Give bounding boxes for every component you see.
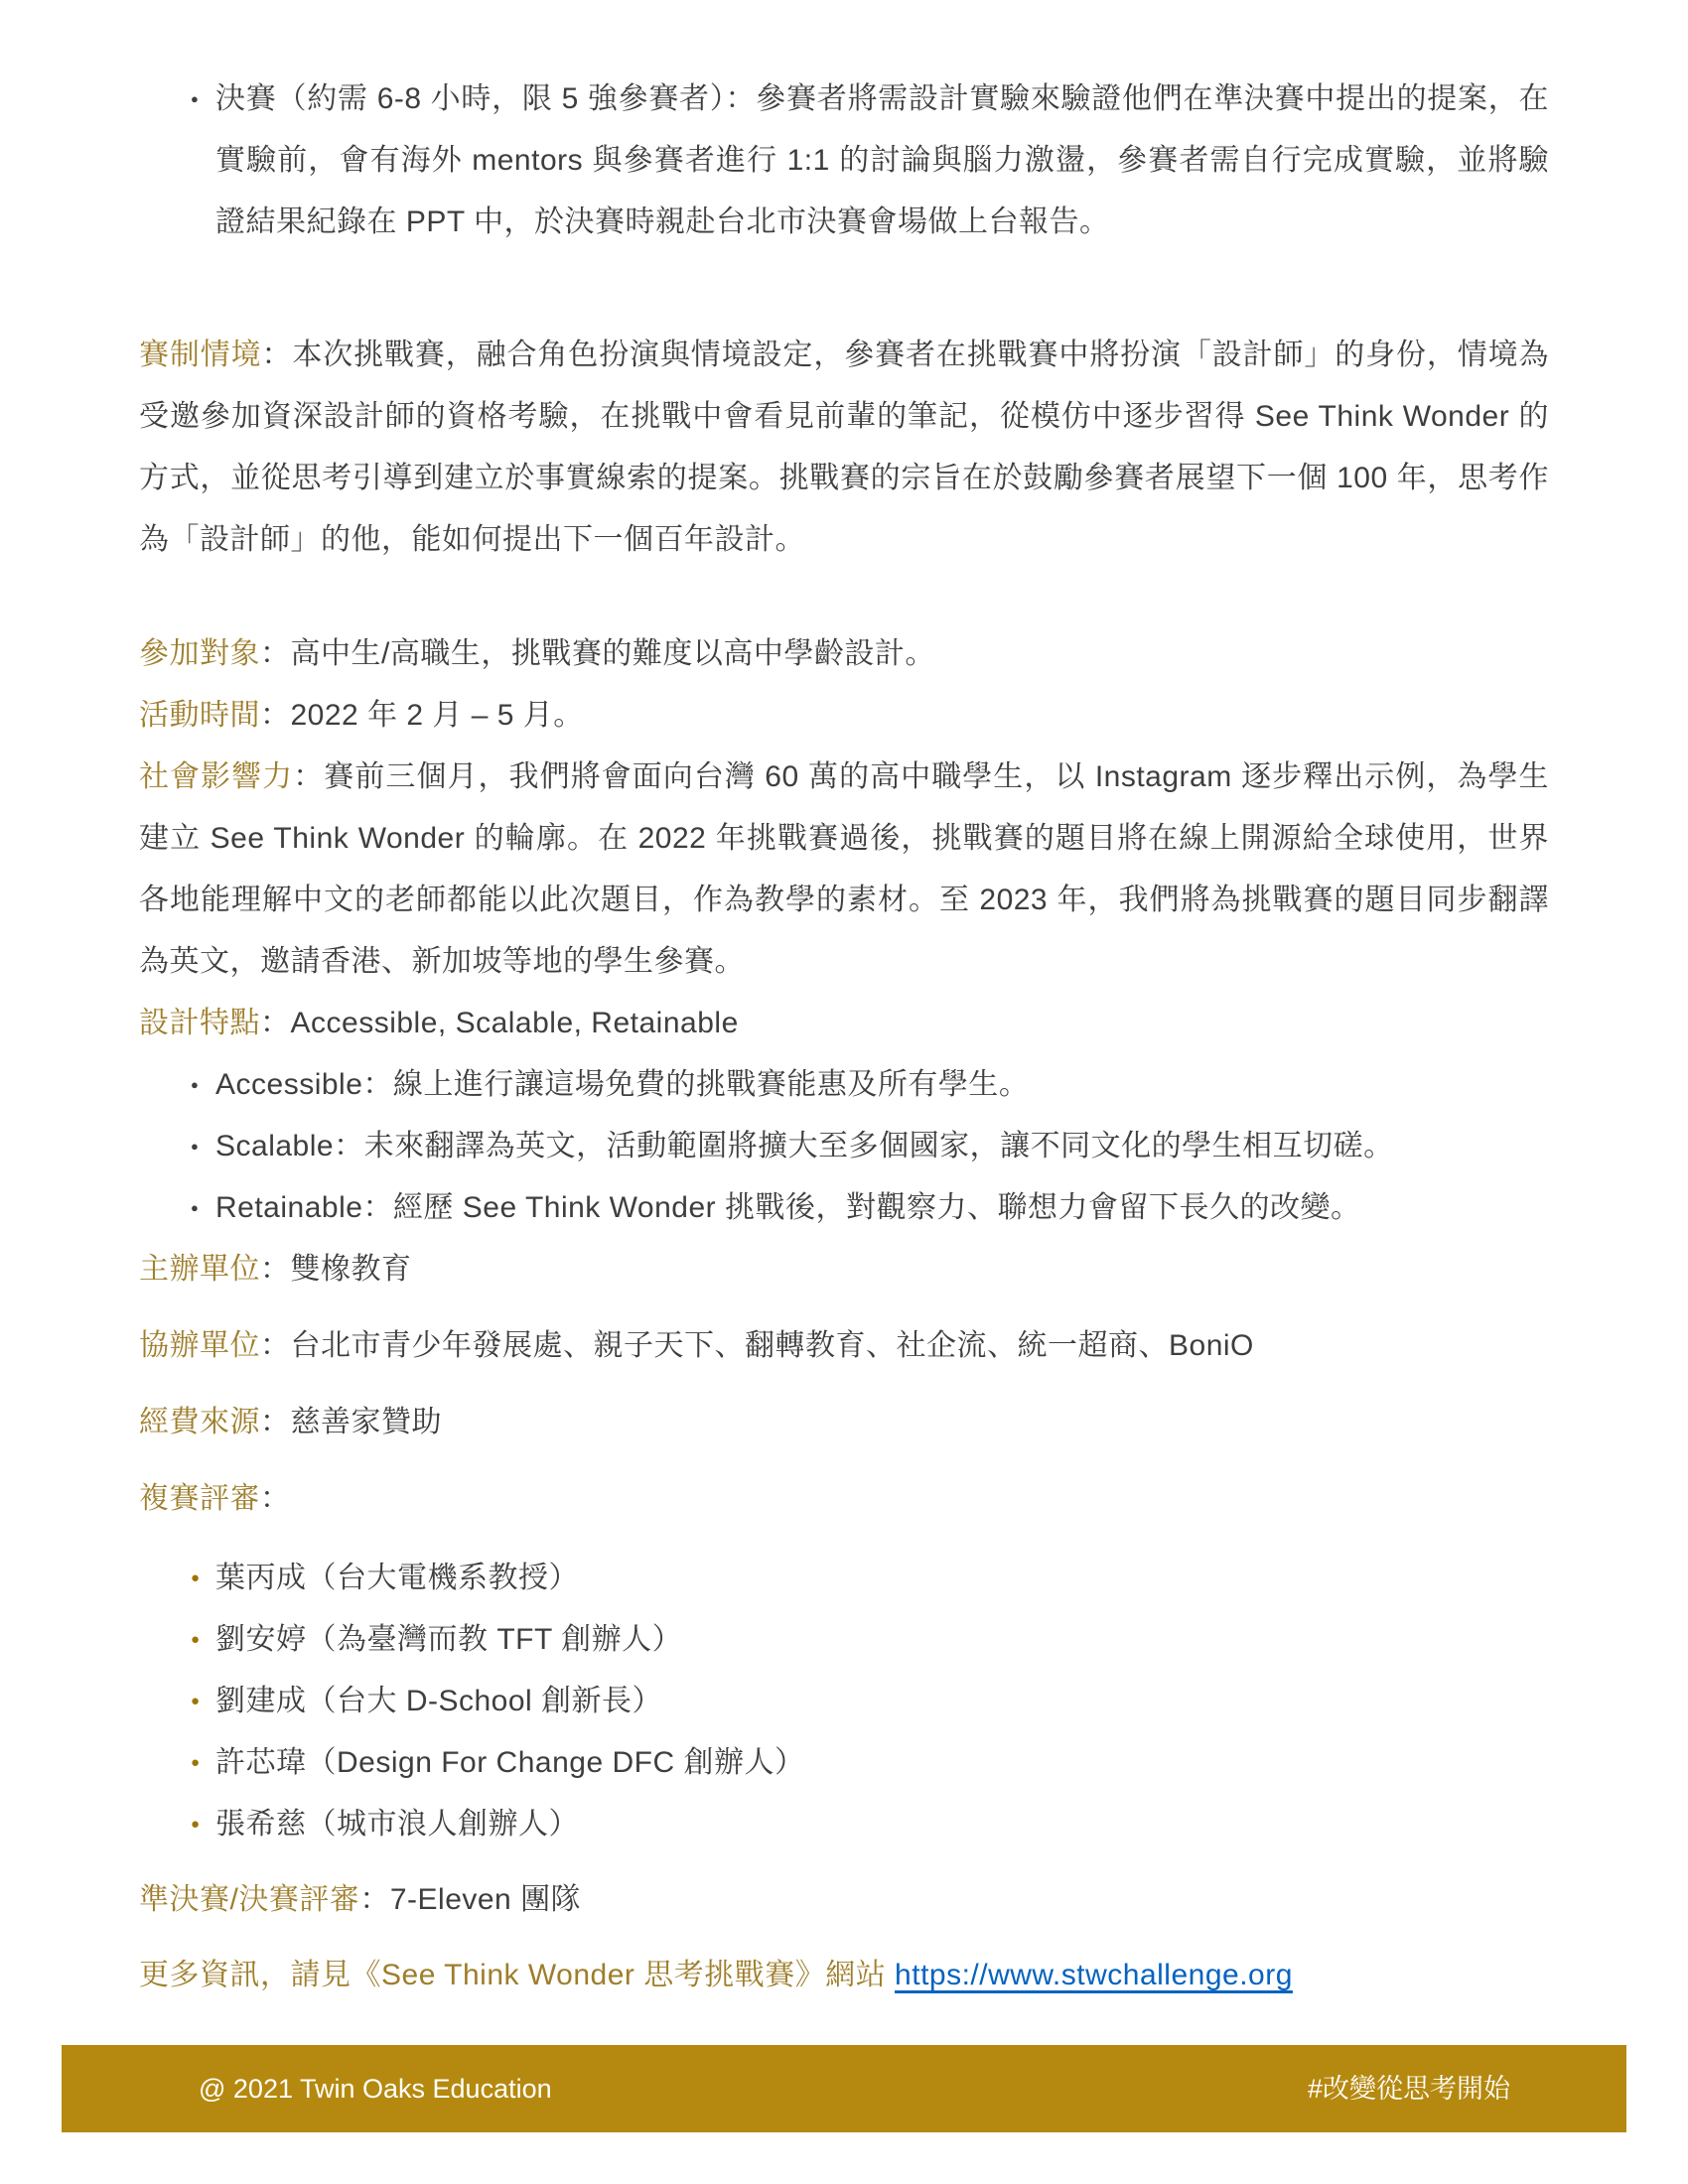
funding-text: ：慈善家贊助 bbox=[260, 1406, 442, 1438]
bullet-icon: ● bbox=[191, 1177, 199, 1239]
co-organizers-paragraph: 協辦單位：台北市青少年發展處、親子天下、翻轉教育、社企流、統一超商、BoniO bbox=[139, 1315, 1549, 1377]
impact-text: ：賽前三個月，我們將會面向台灣 60 萬的高中職學生，以 Instagram 逐… bbox=[139, 760, 1549, 978]
impact-label: 社會影響力 bbox=[139, 760, 293, 793]
footer-bar: @ 2021 Twin Oaks Education #改變從思考開始 bbox=[62, 2045, 1626, 2132]
schedule-paragraph: 活動時間：2022 年 2 月 – 5 月。 bbox=[139, 685, 1549, 747]
design-features-list: ● Accessible：線上進行讓這場免費的挑戰賽能惠及所有學生。 ● Sca… bbox=[139, 1054, 1549, 1239]
website-link[interactable]: https://www.stwchallenge.org bbox=[895, 1959, 1293, 1991]
design-features-paragraph: 設計特點：Accessible, Scalable, Retainable bbox=[139, 993, 1549, 1054]
list-item: ● Accessible：線上進行讓這場免費的挑戰賽能惠及所有學生。 bbox=[139, 1054, 1549, 1116]
organizer-label: 主辦單位 bbox=[139, 1253, 260, 1286]
bullet-icon: ● bbox=[191, 68, 199, 130]
co-organizers-text: ：台北市青少年發展處、親子天下、翻轉教育、社企流、統一超商、BoniO bbox=[260, 1329, 1254, 1362]
participants-paragraph: 參加對象：高中生/高職生，挑戰賽的難度以高中學齡設計。 bbox=[139, 623, 1549, 685]
footer-hashtag: #改變從思考開始 bbox=[1308, 2045, 1510, 2132]
participants-text: ：高中生/高職生，挑戰賽的難度以高中學齡設計。 bbox=[260, 637, 935, 670]
bullet-icon: ● bbox=[191, 1054, 199, 1116]
schedule-label: 活動時間 bbox=[139, 699, 260, 732]
list-item: ● Scalable：未來翻譯為英文，活動範圍將擴大至多個國家，讓不同文化的學生… bbox=[139, 1116, 1549, 1177]
final-judges-paragraph: 準決賽/決賽評審：7-Eleven 團隊 bbox=[139, 1869, 1549, 1931]
context-label: 賽制情境 bbox=[139, 339, 262, 371]
organizer-text: ：雙橡教育 bbox=[260, 1253, 412, 1286]
final-judges-text: ：7-Eleven 團隊 bbox=[359, 1883, 581, 1916]
judge-name: 許芯瑋（Design For Change DFC 創辦人） bbox=[215, 1746, 804, 1779]
bullet-icon: ● bbox=[191, 1609, 201, 1671]
more-info-paragraph: 更多資訊，請見《See Think Wonder 思考挑戰賽》網站 https:… bbox=[139, 1945, 1549, 2006]
co-organizers-label: 協辦單位 bbox=[139, 1329, 260, 1362]
context-paragraph: 賽制情境：本次挑戰賽，融合角色扮演與情境設定，參賽者在挑戰賽中將扮演「設計師」的… bbox=[139, 325, 1549, 571]
judge-name: 劉建成（台大 D-School 創新長） bbox=[215, 1685, 662, 1717]
feature-retainable: Retainable：經歷 See Think Wonder 挑戰後，對觀察力、… bbox=[215, 1191, 1360, 1224]
semifinal-judges-label: 複賽評審 bbox=[139, 1482, 260, 1515]
judge-name: 葉丙成（台大電機系教授） bbox=[215, 1562, 579, 1594]
semifinal-judges-heading: 複賽評審： bbox=[139, 1468, 1549, 1530]
bullet-icon: ● bbox=[191, 1548, 201, 1609]
bullet-icon: ● bbox=[191, 1116, 199, 1177]
bullet-icon: ● bbox=[191, 1794, 201, 1855]
bullet-icon: ● bbox=[191, 1732, 201, 1794]
more-info-text: 更多資訊，請見《See Think Wonder 思考挑戰賽》網站 bbox=[139, 1959, 895, 1991]
context-text: ：本次挑戰賽，融合角色扮演與情境設定，參賽者在挑戰賽中將扮演「設計師」的身份，情… bbox=[139, 339, 1549, 556]
final-stage-text: 決賽（約需 6-8 小時，限 5 強參賽者）：參賽者將需設計實驗來驗證他們在準決… bbox=[215, 82, 1549, 238]
list-item: ● 劉建成（台大 D-School 創新長） bbox=[139, 1671, 1549, 1732]
list-item: ● 劉安婷（為臺灣而教 TFT 創辦人） bbox=[139, 1609, 1549, 1671]
design-features-text: ：Accessible, Scalable, Retainable bbox=[260, 1007, 739, 1039]
list-item: ● 張希慈（城市浪人創辦人） bbox=[139, 1794, 1549, 1855]
list-item: ● 決賽（約需 6-8 小時，限 5 強參賽者）：參賽者將需設計實驗來驗證他們在… bbox=[139, 68, 1549, 253]
feature-accessible: Accessible：線上進行讓這場免費的挑戰賽能惠及所有學生。 bbox=[215, 1068, 1029, 1101]
participants-label: 參加對象 bbox=[139, 637, 260, 670]
document-page: ● 決賽（約需 6-8 小時，限 5 強參賽者）：參賽者將需設計實驗來驗證他們在… bbox=[0, 0, 1688, 2184]
document-body: ● 決賽（約需 6-8 小時，限 5 強參賽者）：參賽者將需設計實驗來驗證他們在… bbox=[0, 0, 1688, 2006]
final-judges-label: 準決賽/決賽評審 bbox=[139, 1883, 359, 1916]
judge-name: 張希慈（城市浪人創辦人） bbox=[215, 1808, 579, 1841]
feature-scalable: Scalable：未來翻譯為英文，活動範圍將擴大至多個國家，讓不同文化的學生相互… bbox=[215, 1130, 1394, 1162]
bullet-icon: ● bbox=[191, 1671, 201, 1732]
list-item: ● Retainable：經歷 See Think Wonder 挑戰後，對觀察… bbox=[139, 1177, 1549, 1239]
semifinal-judges-colon: ： bbox=[260, 1482, 291, 1515]
list-item: ● 葉丙成（台大電機系教授） bbox=[139, 1548, 1549, 1609]
funding-paragraph: 經費來源：慈善家贊助 bbox=[139, 1392, 1549, 1453]
impact-paragraph: 社會影響力：賽前三個月，我們將會面向台灣 60 萬的高中職學生，以 Instag… bbox=[139, 747, 1549, 993]
organizer-paragraph: 主辦單位：雙橡教育 bbox=[139, 1239, 1549, 1300]
design-features-label: 設計特點 bbox=[139, 1007, 260, 1039]
semifinal-judges-list: ● 葉丙成（台大電機系教授） ● 劉安婷（為臺灣而教 TFT 創辦人） ● 劉建… bbox=[139, 1548, 1549, 1855]
schedule-text: ：2022 年 2 月 – 5 月。 bbox=[260, 699, 584, 732]
final-stage-list: ● 決賽（約需 6-8 小時，限 5 強參賽者）：參賽者將需設計實驗來驗證他們在… bbox=[139, 68, 1549, 253]
funding-label: 經費來源 bbox=[139, 1406, 260, 1438]
list-item: ● 許芯瑋（Design For Change DFC 創辦人） bbox=[139, 1732, 1549, 1794]
footer-copyright: @ 2021 Twin Oaks Education bbox=[199, 2045, 552, 2132]
judge-name: 劉安婷（為臺灣而教 TFT 創辦人） bbox=[215, 1623, 682, 1656]
